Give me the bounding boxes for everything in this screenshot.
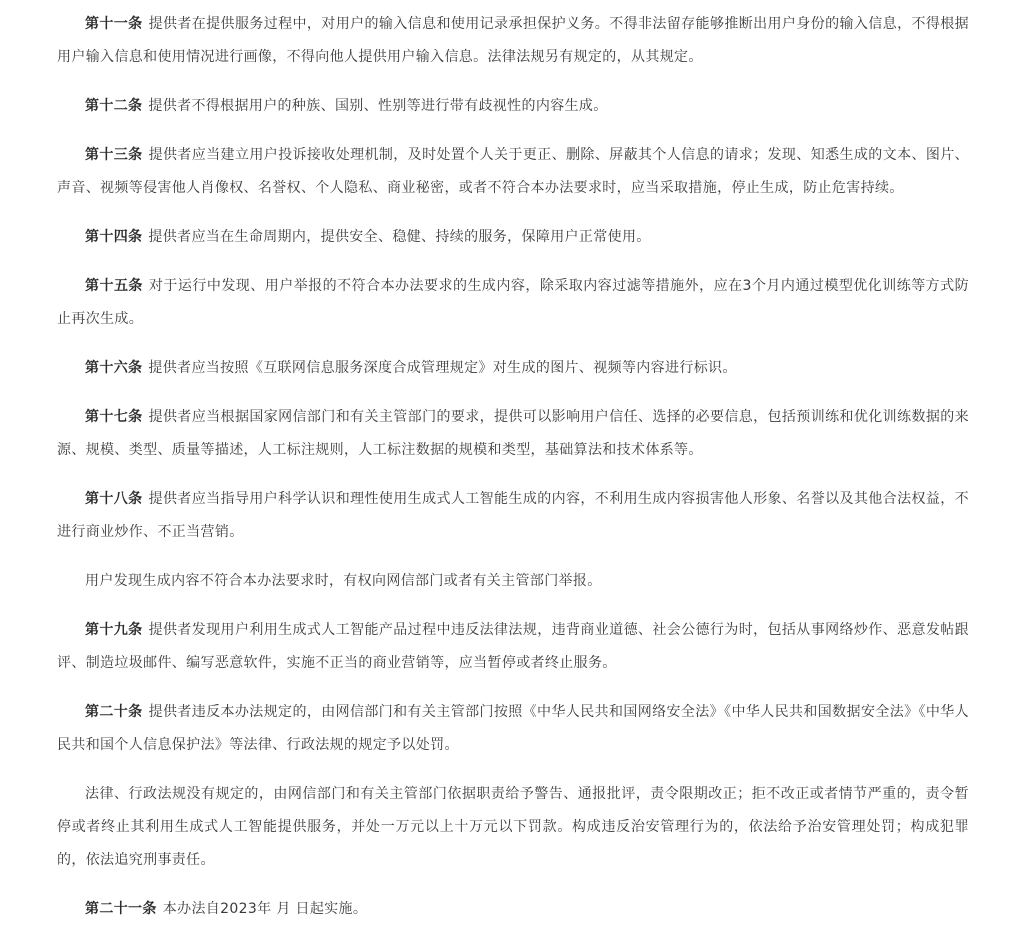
- article-text: 提供者在提供服务过程中，对用户的输入信息和使用记录承担保护义务。不得非法留存能够…: [57, 16, 969, 65]
- article-text: 提供者违反本办法规定的，由网信部门和有关主管部门按照《中华人民共和国网络安全法》…: [57, 704, 969, 753]
- article-12: 第十二条提供者不得根据用户的种族、国别、性别等进行带有歧视性的内容生成。: [57, 90, 969, 123]
- article-label: 第二十条: [85, 704, 143, 720]
- article-label: 第十八条: [85, 491, 143, 507]
- article-19: 第十九条提供者发现用户利用生成式人工智能产品过程中违反法律法规，违背商业道德、社…: [57, 614, 969, 680]
- article-text: 提供者应当按照《互联网信息服务深度合成管理规定》对生成的图片、视频等内容进行标识…: [148, 360, 736, 376]
- article-text: 提供者发现用户利用生成式人工智能产品过程中违反法律法规，违背商业道德、社会公德行…: [57, 622, 969, 671]
- article-text: 对于运行中发现、用户举报的不符合本办法要求的生成内容，除采取内容过滤等措施外，应…: [57, 278, 969, 327]
- article-20: 第二十条提供者违反本办法规定的，由网信部门和有关主管部门按照《中华人民共和国网络…: [57, 696, 969, 762]
- article-text: 提供者应当在生命周期内，提供安全、稳健、持续的服务，保障用户正常使用。: [148, 229, 650, 245]
- article-text: 提供者应当指导用户科学认识和理性使用生成式人工智能生成的内容，不利用生成内容损害…: [57, 491, 969, 540]
- article-text: 用户发现生成内容不符合本办法要求时，有权向网信部门或者有关主管部门举报。: [85, 573, 602, 589]
- article-20-clause-2: 法律、行政法规没有规定的，由网信部门和有关主管部门依据职责给予警告、通报批评，责…: [57, 778, 969, 867]
- article-label: 第十四条: [85, 229, 142, 245]
- article-label: 第十五条: [85, 278, 143, 294]
- article-13: 第十三条提供者应当建立用户投诉接收处理机制，及时处置个人关于更正、删除、屏蔽其个…: [57, 139, 969, 205]
- article-label: 第十一条: [85, 16, 143, 32]
- article-18: 第十八条提供者应当指导用户科学认识和理性使用生成式人工智能生成的内容，不利用生成…: [57, 483, 969, 549]
- article-15: 第十五条对于运行中发现、用户举报的不符合本办法要求的生成内容，除采取内容过滤等措…: [57, 270, 969, 336]
- article-label: 第十六条: [85, 360, 142, 376]
- document-body: 第十一条提供者在提供服务过程中，对用户的输入信息和使用记录承担保护义务。不得非法…: [57, 8, 969, 867]
- article-label: 第十九条: [85, 622, 143, 638]
- article-16: 第十六条提供者应当按照《互联网信息服务深度合成管理规定》对生成的图片、视频等内容…: [57, 352, 969, 385]
- article-18-clause-2: 用户发现生成内容不符合本办法要求时，有权向网信部门或者有关主管部门举报。: [57, 565, 969, 598]
- article-14: 第十四条提供者应当在生命周期内，提供安全、稳健、持续的服务，保障用户正常使用。: [57, 221, 969, 254]
- article-label: 第十三条: [85, 147, 143, 163]
- article-text: 法律、行政法规没有规定的，由网信部门和有关主管部门依据职责给予警告、通报批评，责…: [57, 786, 969, 867]
- article-text: 提供者应当根据国家网信部门和有关主管部门的要求，提供可以影响用户信任、选择的必要…: [57, 409, 969, 458]
- article-17: 第十七条提供者应当根据国家网信部门和有关主管部门的要求，提供可以影响用户信任、选…: [57, 401, 969, 467]
- article-label: 第十二条: [85, 98, 142, 114]
- article-text: 提供者应当建立用户投诉接收处理机制，及时处置个人关于更正、删除、屏蔽其个人信息的…: [57, 147, 969, 196]
- article-11: 第十一条提供者在提供服务过程中，对用户的输入信息和使用记录承担保护义务。不得非法…: [57, 8, 969, 74]
- article-text: 提供者不得根据用户的种族、国别、性别等进行带有歧视性的内容生成。: [148, 98, 607, 114]
- article-label: 第十七条: [85, 409, 143, 425]
